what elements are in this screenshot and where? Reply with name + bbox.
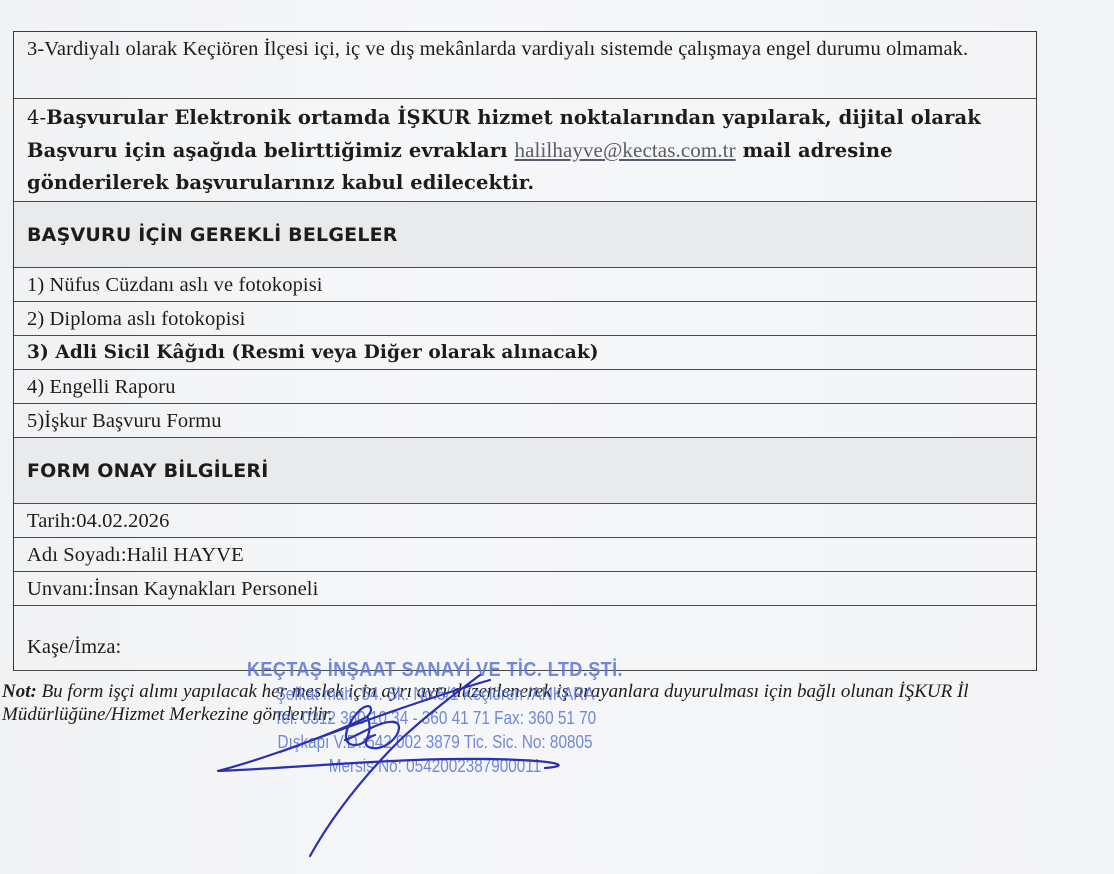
form-table: 3-Vardiyalı olarak Keçiören İlçesi içi, …	[13, 31, 1037, 671]
email-link[interactable]: halilhayve@kectas.com.tr	[515, 138, 736, 162]
stamp-company: KEÇTAŞ İNŞAAT SANAYİ VE TİC. LTD.ŞTİ.	[246, 658, 624, 682]
approval-name: Adı Soyadı:Halil HAYVE	[14, 538, 1036, 572]
approval-title: Unvanı:İnsan Kaynakları Personeli	[14, 572, 1036, 606]
required-document-item: 5)İşkur Başvuru Formu	[14, 404, 1036, 438]
condition-item-3: 3-Vardiyalı olarak Keçiören İlçesi içi, …	[14, 32, 1036, 99]
required-document-item: 1) Nüfus Cüzdanı aslı ve fotokopisi	[14, 268, 1036, 302]
condition-item-4: 4-Başvurular Elektronik ortamda İŞKUR hi…	[14, 99, 1036, 202]
required-document-item: 4) Engelli Raporu	[14, 370, 1036, 404]
stamp-tax: Dışkapı V.D.:542 002 3879 Tic. Sic. No: …	[257, 730, 614, 754]
required-document-item: 3) Adli Sicil Kâğıdı (Resmi veya Diğer o…	[14, 336, 1036, 370]
approval-date: Tarih:04.02.2026	[14, 504, 1036, 538]
stamp-address: Şefkat mah. 54. Sk. No:5/1 Keçiören /ANK…	[257, 682, 614, 706]
approval-heading: FORM ONAY BİLGİLERİ	[14, 438, 1036, 504]
scanned-page: 3-Vardiyalı olarak Keçiören İlçesi içi, …	[0, 0, 1114, 874]
condition-4-prefix: 4-	[27, 106, 46, 129]
condition-3-text: 3-Vardiyalı olarak Keçiören İlçesi içi, …	[27, 38, 968, 60]
required-documents-heading: BAŞVURU İÇİN GEREKLİ BELGELER	[14, 202, 1036, 268]
company-stamp: KEÇTAŞ İNŞAAT SANAYİ VE TİC. LTD.ŞTİ. Şe…	[225, 658, 645, 778]
note-label: Not:	[2, 681, 37, 702]
stamp-phone: Tel. 0312 360 10 34 - 360 41 71 Fax: 360…	[257, 706, 614, 730]
required-document-item: 2) Diploma aslı fotokopisi	[14, 302, 1036, 336]
stamp-mersis: Mersis No: 0542002387900011	[257, 754, 614, 778]
